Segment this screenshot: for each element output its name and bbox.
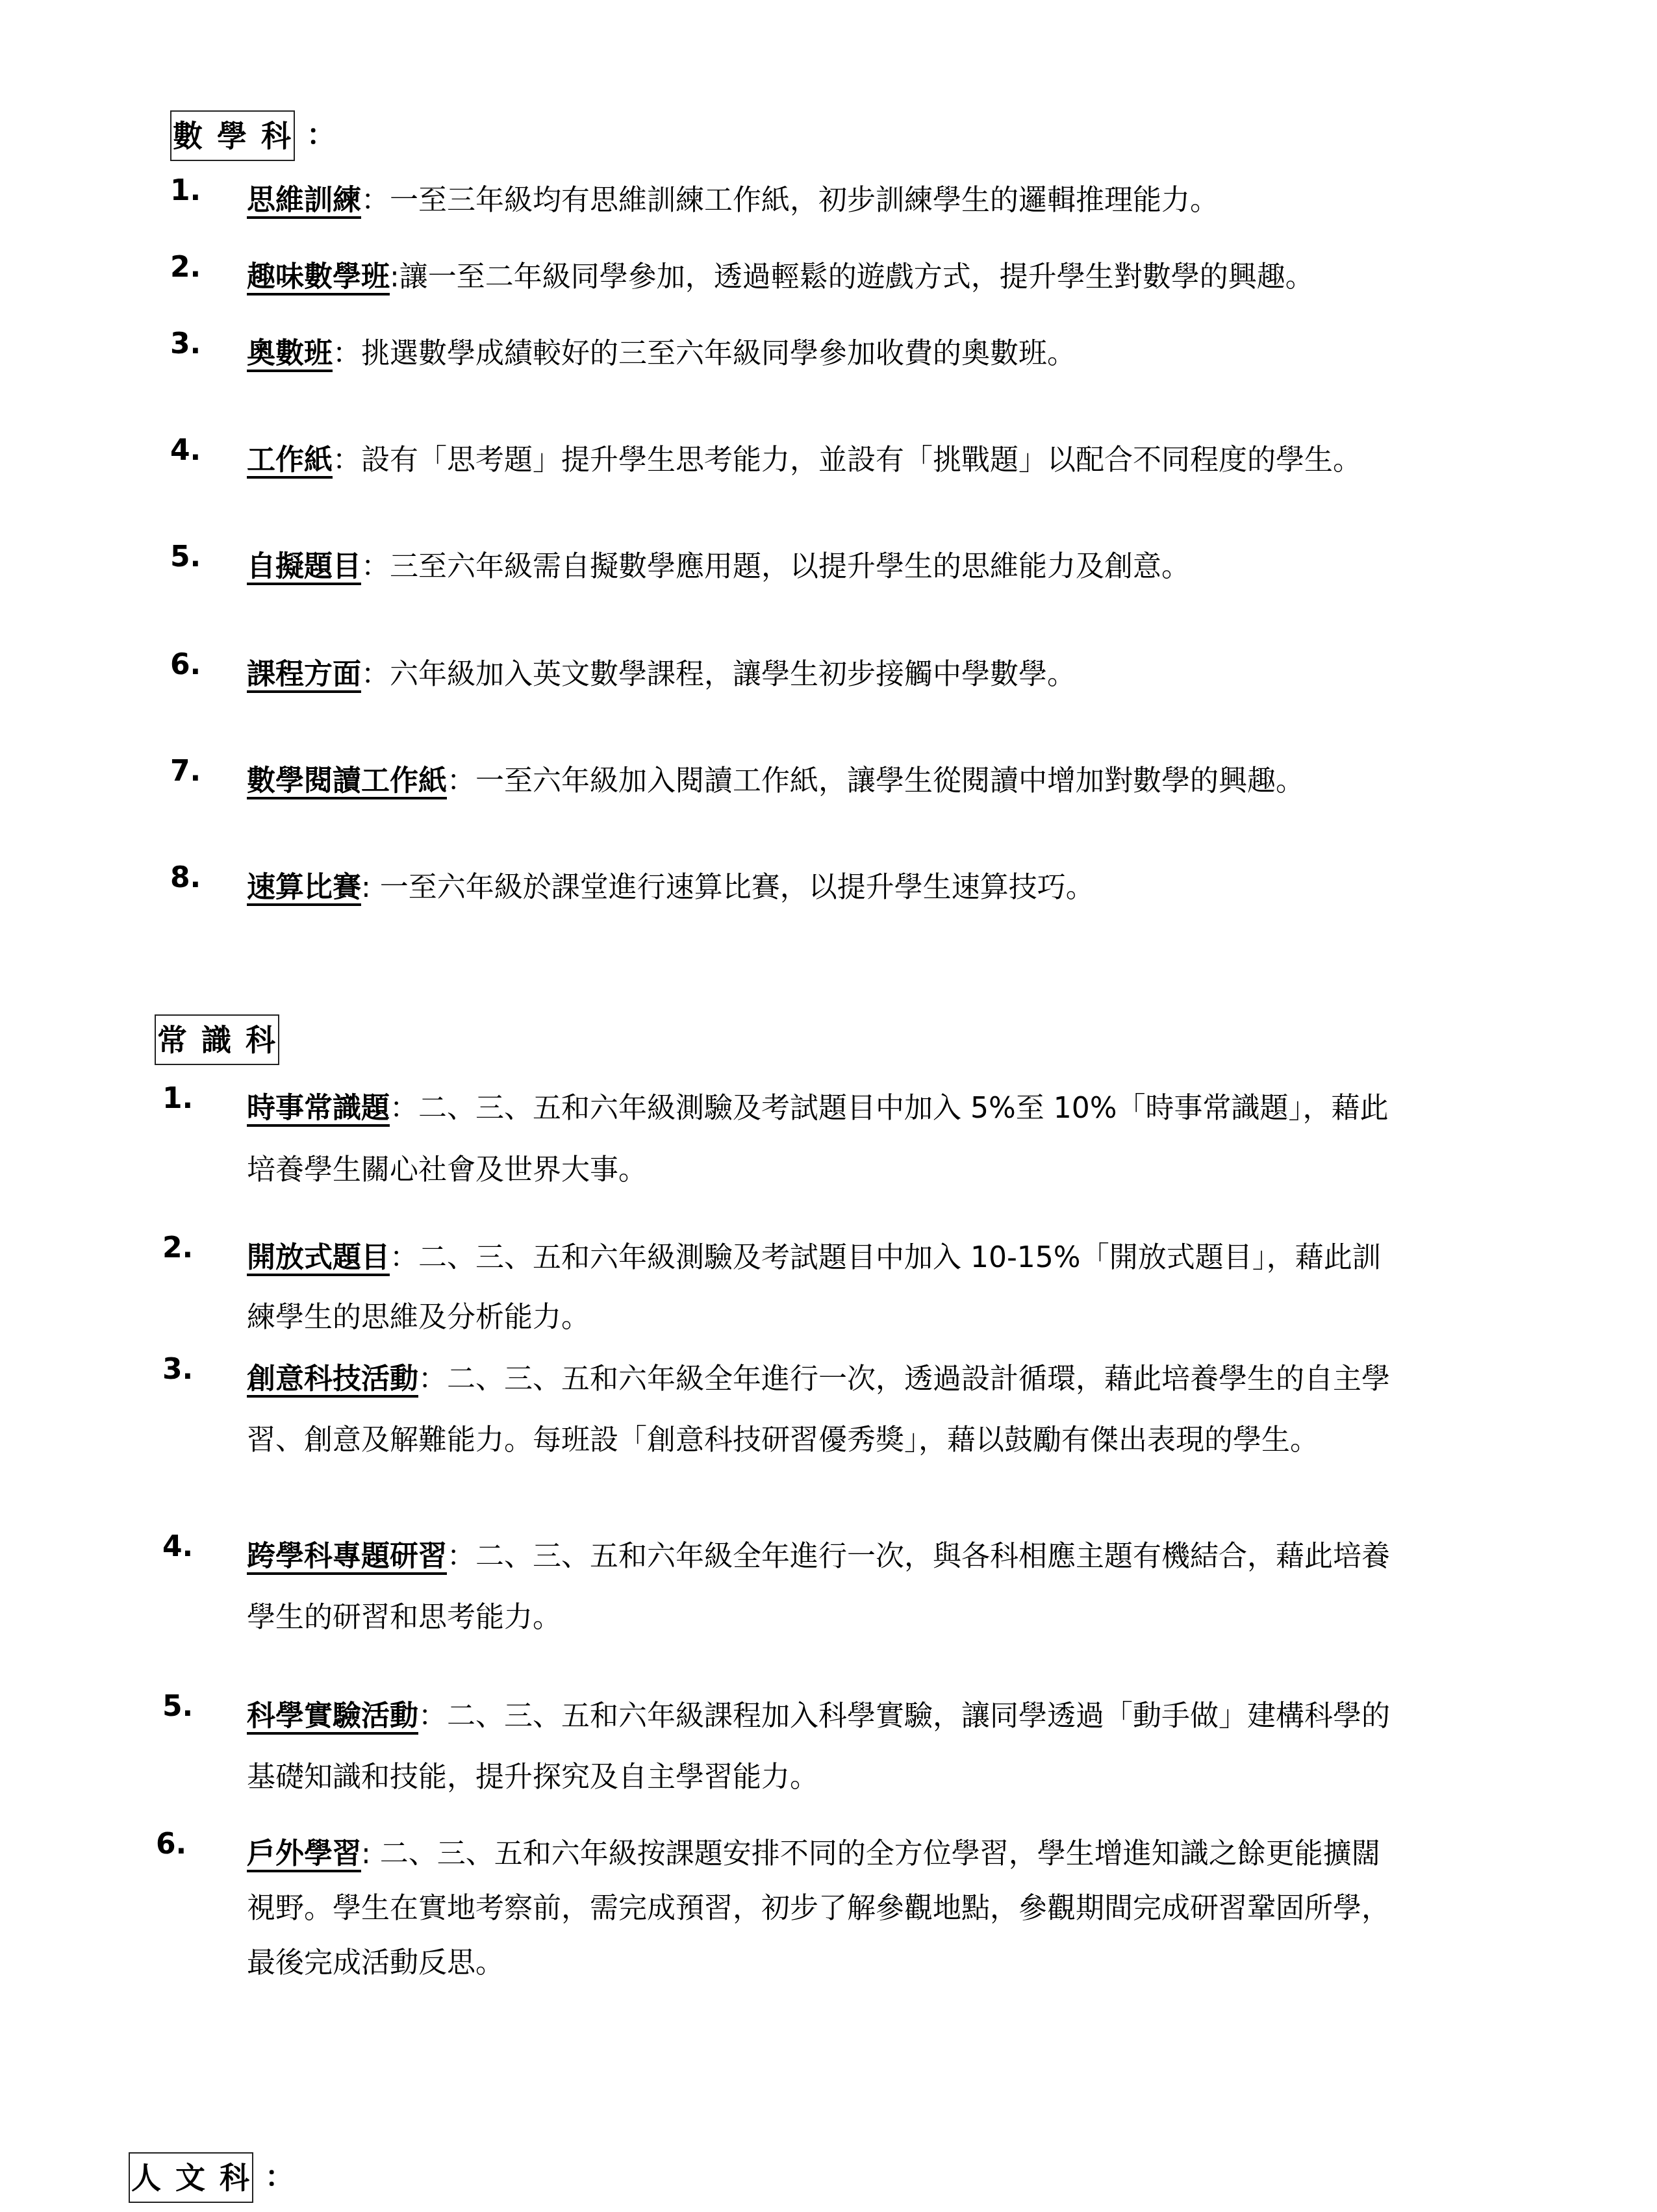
- section-heading-box: 常識科: [155, 1014, 279, 1065]
- item-title: 自擬題目: [247, 550, 361, 583]
- item-title: 速算比賽: [247, 871, 361, 904]
- item-number: 3.: [170, 330, 201, 358]
- item-body: 課程方面：六年級加入英文數學課程，讓學生初步接觸中學數學。: [247, 651, 1539, 692]
- item-title: 科學實驗活動: [247, 1700, 418, 1733]
- section-heading-colon: ：: [307, 121, 335, 150]
- item-separator: ：: [361, 550, 390, 583]
- item-body: 奧數班：挑選數學成績較好的三至六年級同學參加收費的奧數班。: [247, 330, 1539, 371]
- item-text-line: 六年級加入英文數學課程，讓學生初步接觸中學數學。: [390, 658, 1076, 691]
- item-title: 課程方面: [247, 658, 361, 691]
- item-title: 趣味數學班: [247, 260, 390, 294]
- item-text-line: 一至六年級於課堂進行速算比賽，以提升學生速算技巧。: [371, 871, 1094, 904]
- item-text-line: 培養學生關心社會及世界大事。: [247, 1153, 647, 1187]
- item-number: 5.: [162, 1692, 193, 1721]
- item-text-line: 讓一至二年級同學參加，透過輕鬆的遊戲方式，提升學生對數學的興趣。: [399, 260, 1314, 294]
- section-heading-box: 人文科: [129, 2152, 253, 2203]
- item-text-line: 設有「思考題」提升學生思考能力，並設有「挑戰題」以配合不同程度的學生。: [361, 444, 1361, 477]
- item-body: 數學閱讀工作紙：一至六年級加入閱讀工作紙，讓學生從閱讀中增加對數學的興趣。: [247, 757, 1539, 799]
- item-separator: ：: [447, 764, 475, 798]
- item-title: 奧數班: [247, 337, 333, 370]
- section-heading-colon: ：: [265, 2163, 294, 2192]
- item-separator: ：: [447, 1540, 475, 1573]
- item-separator: ：: [418, 1700, 447, 1733]
- item-text-line: 視野。學生在實地考察前，需完成預習，初步了解參觀地點，參觀期間完成研習鞏固所學，: [247, 1892, 1390, 1925]
- item-number: 1.: [162, 1085, 193, 1113]
- item-title: 數學閱讀工作紙: [247, 764, 447, 798]
- item-text-line: 二、三、五和六年級按課題安排不同的全方位學習，學生增進知識之餘更能擴闊: [371, 1837, 1380, 1870]
- item-separator: ：: [361, 658, 390, 691]
- item-title: 思維訓練: [247, 184, 361, 217]
- item-separator: :: [361, 871, 371, 904]
- item-text-line: 挑選數學成績較好的三至六年級同學參加收費的奧數班。: [361, 337, 1076, 370]
- item-number: 4.: [162, 1533, 193, 1561]
- item-text-line: 二、三、五和六年級課程加入科學實驗，讓同學透過「動手做」建構科學的: [447, 1700, 1390, 1733]
- item-number: 6.: [156, 1830, 186, 1859]
- item-body: 思維訓練：一至三年級均有思維訓練工作紙，初步訓練學生的邏輯推理能力。: [247, 177, 1539, 218]
- item-text-line: 二、三、五和六年級全年進行一次，與各科相應主題有機結合，藉此培養: [475, 1540, 1390, 1573]
- item-number: 7.: [170, 757, 201, 786]
- item-separator: ：: [390, 1241, 418, 1274]
- item-separator: :: [390, 260, 399, 294]
- item-number: 8.: [170, 864, 201, 892]
- item-body: 工作紙：設有「思考題」提升學生思考能力，並設有「挑戰題」以配合不同程度的學生。: [247, 436, 1539, 478]
- item-title: 創意科技活動: [247, 1363, 418, 1396]
- item-title: 開放式題目: [247, 1241, 390, 1274]
- item-title: 工作紙: [247, 444, 333, 477]
- section-heading-humanities: 人文科 ：: [129, 2152, 294, 2203]
- item-text-line: 一至三年級均有思維訓練工作紙，初步訓練學生的邏輯推理能力。: [390, 184, 1219, 217]
- item-text-line: 一至六年級加入閱讀工作紙，讓學生從閱讀中增加對數學的興趣。: [475, 764, 1304, 798]
- item-text-line: 二、三、五和六年級測驗及考試題目中加入 5%至 10%「時事常識題」，藉此: [418, 1092, 1389, 1125]
- item-number: 5.: [170, 543, 201, 572]
- item-separator: ：: [418, 1363, 447, 1396]
- item-separator: ：: [333, 337, 361, 370]
- section-heading-general-studies: 常識科: [155, 1014, 279, 1065]
- item-number: 4.: [170, 436, 201, 465]
- item-body: 自擬題目：三至六年級需自擬數學應用題，以提升學生的思維能力及創意。: [247, 543, 1539, 584]
- item-text-line: 練學生的思維及分析能力。: [247, 1301, 590, 1334]
- item-text-line: 基礎知識和技能，提升探究及自主學習能力。: [247, 1761, 818, 1794]
- item-body: 趣味數學班:讓一至二年級同學參加，透過輕鬆的遊戲方式，提升學生對數學的興趣。: [247, 253, 1539, 295]
- item-title: 戶外學習: [247, 1837, 361, 1870]
- item-number: 2.: [170, 253, 201, 282]
- item-body: 速算比賽: 一至六年級於課堂進行速算比賽，以提升學生速算技巧。: [247, 864, 1539, 905]
- item-title: 跨學科專題研習: [247, 1540, 447, 1573]
- item-separator: ：: [390, 1092, 418, 1125]
- item-number: 2.: [162, 1234, 193, 1263]
- item-text-line: 學生的研習和思考能力。: [247, 1601, 561, 1634]
- item-separator: ：: [361, 184, 390, 217]
- item-title: 時事常識題: [247, 1092, 390, 1125]
- section-heading-box: 數學科: [170, 110, 295, 161]
- section-heading-math: 數學科 ：: [170, 110, 335, 161]
- item-separator: :: [361, 1837, 371, 1870]
- item-text-line: 習、創意及解難能力。每班設「創意科技研習優秀獎」，藉以鼓勵有傑出表現的學生。: [247, 1424, 1319, 1457]
- item-number: 3.: [162, 1355, 193, 1384]
- item-text-line: 二、三、五和六年級測驗及考試題目中加入 10-15%「開放式題目」，藉此訓: [418, 1241, 1381, 1274]
- item-text-line: 最後完成活動反思。: [247, 1946, 504, 1979]
- item-text-line: 二、三、五和六年級全年進行一次，透過設計循環，藉此培養學生的自主學: [447, 1363, 1390, 1396]
- item-text-line: 三至六年級需自擬數學應用題，以提升學生的思維能力及創意。: [390, 550, 1190, 583]
- item-separator: ：: [333, 444, 361, 477]
- item-number: 1.: [170, 177, 201, 205]
- document-page: 數學科 ： 1. 思維訓練：一至三年級均有思維訓練工作紙，初步訓練學生的邏輯推理…: [0, 0, 1657, 2212]
- item-number: 6.: [170, 651, 201, 679]
